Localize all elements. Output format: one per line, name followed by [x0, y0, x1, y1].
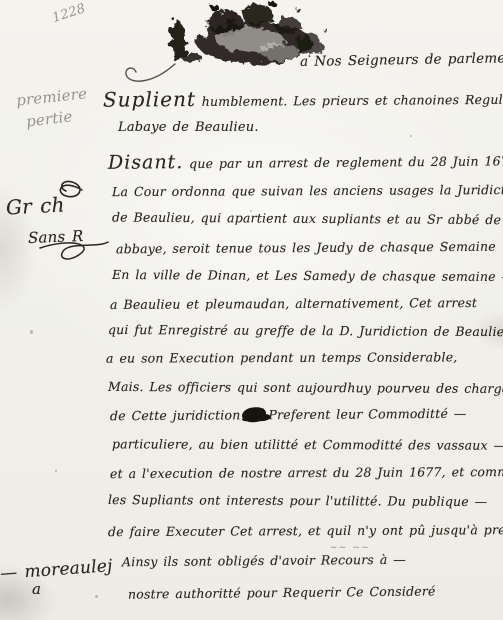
- narrative-line: et a l'execution de nostre arrest du 28 …: [110, 464, 503, 481]
- narrative-line: Ainsy ils sont obligés d'avoir Recours à…: [122, 552, 406, 569]
- paper-speck: [410, 135, 412, 137]
- flourish-curl: [120, 60, 180, 90]
- narrative-line: La Cour ordonna que suivan les anciens u…: [112, 182, 503, 199]
- margin-note-top-1: premiere: [15, 84, 88, 109]
- paper-speck: [250, 210, 252, 212]
- sans-r-paraph-flourish: [36, 240, 116, 268]
- narrative-line: nostre authoritté pour Requerir Ce Consi…: [128, 583, 436, 601]
- narrative-line: qui fut Enregistré au greffe de la D. Ju…: [108, 322, 503, 339]
- narrative-line-with-blot: de Cette juridictionPreferent leur Commo…: [110, 406, 467, 423]
- manuscript-page: 1228 a Nos Seigneurs de pa: [0, 0, 503, 620]
- opening-line-1: Suplient humblement. Les prieurs et chan…: [103, 84, 503, 111]
- narrative-line: a eu son Execution pendant un temps Cons…: [106, 349, 458, 365]
- paper-speck: [30, 330, 33, 334]
- narrative-line: abbaye, seroit tenue tous les Jeudy de c…: [116, 239, 496, 257]
- narrative-line: de Beaulieu, qui apartient aux supliants…: [112, 209, 503, 227]
- narrative-line: En la ville de Dinan, et Les Samedy de c…: [112, 267, 503, 284]
- margin-note-grch: Gr ch: [5, 192, 65, 219]
- narrative-line: Mais. Les officiers qui sont aujourdhuy …: [108, 379, 503, 396]
- blot-line-after: Preferent leur Commoditté —: [268, 406, 466, 422]
- address-line: a Nos Seigneurs de parlement: [300, 50, 503, 70]
- narrative-line: a Beaulieu et pleumaudan, alternativemen…: [110, 295, 477, 312]
- opening-lead-word: Suplient: [103, 87, 196, 112]
- narrative-line: de faire Executer Cet arrest, et quil n'…: [108, 522, 503, 539]
- paper-speck: [95, 595, 98, 598]
- opening-rest: humblement. Les prieurs et chanoines Reg…: [196, 91, 503, 109]
- narrative-line: les Supliants ont interests pour l'utili…: [108, 492, 487, 509]
- opening-line-2: Labaye de Beaulieu.: [118, 120, 259, 135]
- narrative-line: particuliere, au bien utilitté et Commod…: [112, 436, 503, 452]
- margin-signature: — moreaulej: [0, 556, 113, 584]
- narrative-line-lead: Disant. que par un arrest de reglement d…: [108, 148, 503, 174]
- blot-line-before: de Cette juridiction: [110, 407, 241, 423]
- paper-speck: [468, 98, 471, 101]
- ink-blot: [242, 407, 266, 422]
- narrative-lead-word: Disant.: [108, 151, 184, 174]
- narrative-lead-rest: que par un arrest de reglement du 28 Jui…: [183, 153, 503, 171]
- margin-signature-letter: a: [32, 580, 41, 598]
- corner-number: 1228: [51, 1, 88, 26]
- margin-note-top-2: pertie: [25, 107, 73, 131]
- paper-speck: [55, 470, 57, 472]
